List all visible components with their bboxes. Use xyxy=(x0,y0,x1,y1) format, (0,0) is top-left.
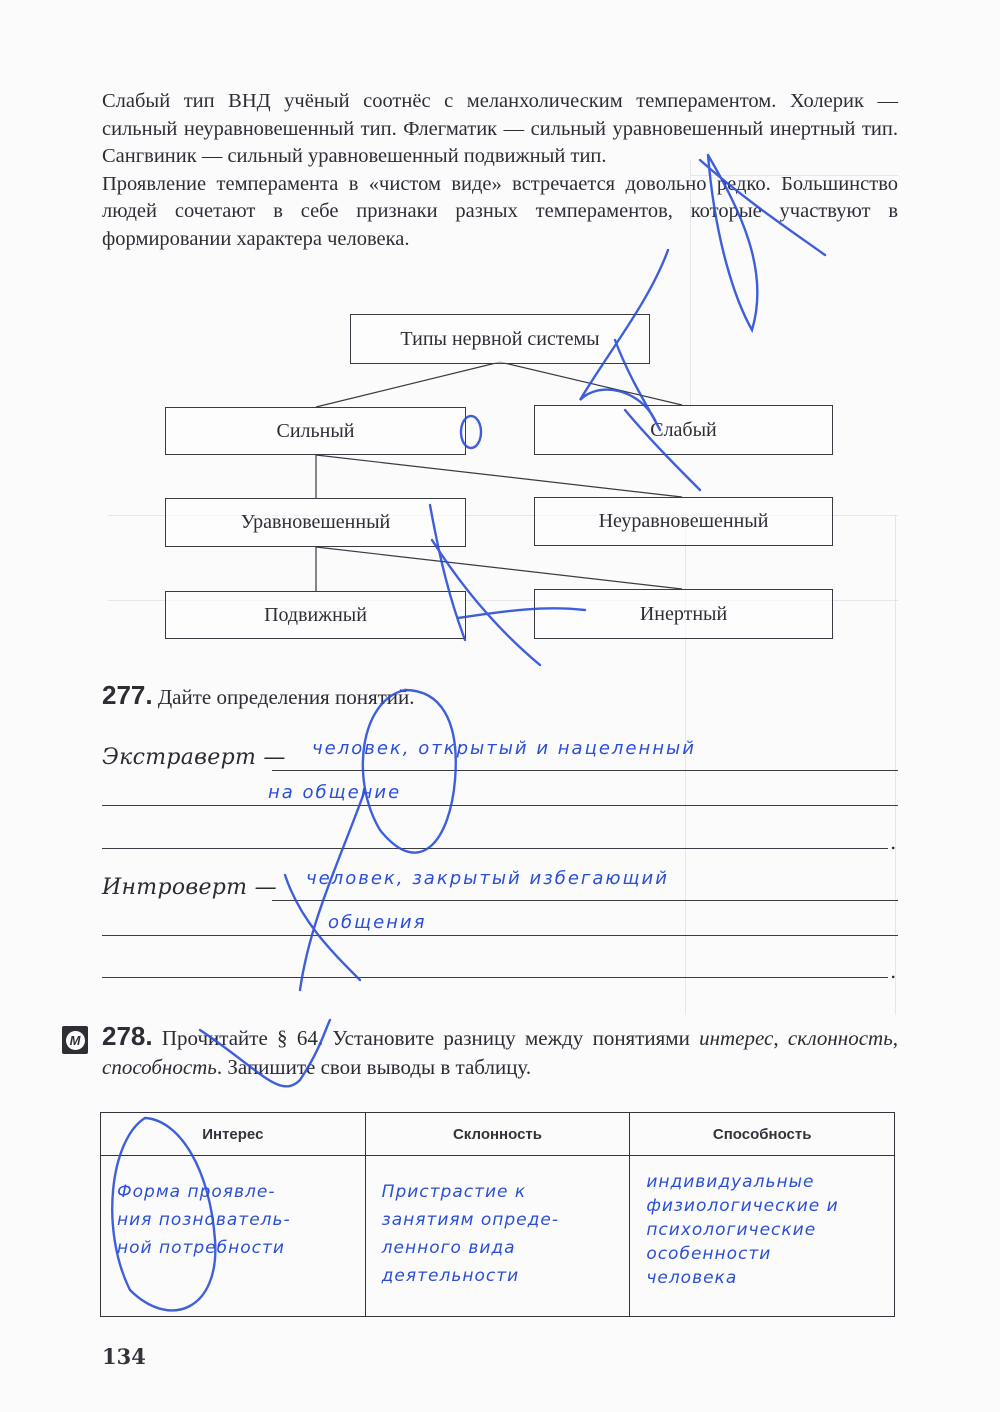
cell-inclination[interactable]: Пристрастие к занятиям опреде- ленного в… xyxy=(365,1156,630,1317)
cell-line: ной потребности xyxy=(117,1234,351,1262)
diagram-strong-label: Сильный xyxy=(277,420,355,443)
task-277-heading: 277. Дайте определения понятий. xyxy=(102,680,415,711)
diagram-inert: Инертный xyxy=(534,589,833,639)
term-interest: интерес xyxy=(699,1026,773,1050)
answer-introvert-line1[interactable]: человек, закрытый избегающий xyxy=(306,868,669,889)
period: . xyxy=(890,959,896,983)
diagram-strong: Сильный xyxy=(165,407,466,455)
task-278-number: 278. xyxy=(102,1021,153,1051)
cell-line: ленного вида xyxy=(382,1234,616,1262)
task-278-text: 278. Прочитайте § 64. Установите разницу… xyxy=(102,1022,898,1081)
task-278-prompt-part1: Прочитайте § 64. Установите разницу межд… xyxy=(162,1026,699,1050)
term-inclination: склонность xyxy=(788,1026,893,1050)
header-interest: Интерес xyxy=(101,1113,366,1156)
separator: , xyxy=(893,1026,898,1050)
period: . xyxy=(890,830,896,854)
answer-extravert-line2[interactable]: на общение xyxy=(268,782,401,803)
header-inclination: Склонность xyxy=(365,1113,630,1156)
diagram-root-label: Типы нервной системы xyxy=(400,328,599,351)
workbook-page: Слабый тип ВНД учёный соотнёс с меланхол… xyxy=(0,0,1000,1412)
diagram-weak-label: Слабый xyxy=(650,419,717,442)
diagram-root: Типы нервной системы xyxy=(350,314,650,364)
term-extravert: Экстраверт — xyxy=(102,745,286,770)
cell-interest[interactable]: Форма проявле- ния познователь- ной потр… xyxy=(101,1156,366,1317)
task-278: М 278. Прочитайте § 64. Установите разни… xyxy=(62,1022,898,1081)
cell-line: особенности xyxy=(646,1242,880,1266)
answer-line[interactable] xyxy=(102,977,888,978)
answer-line[interactable] xyxy=(102,935,898,936)
cell-ability[interactable]: индивидуальные физиологические и психоло… xyxy=(630,1156,895,1317)
task-278-prompt-part2: . Запишите свои выводы в таблицу. xyxy=(217,1055,531,1079)
answer-extravert-line1[interactable]: человек, открытый и нацеленный xyxy=(312,738,696,759)
cell-line: деятельности xyxy=(382,1262,616,1290)
answers-table: Интерес Склонность Способность Форма про… xyxy=(100,1112,895,1317)
m-badge-icon: М xyxy=(62,1026,88,1054)
diagram-inert-label: Инертный xyxy=(640,603,727,626)
cell-line: ния познователь- xyxy=(117,1206,351,1234)
diagram-unbalanced-label: Неуравновешенный xyxy=(599,510,769,533)
table-row: Форма проявле- ния познователь- ной потр… xyxy=(101,1156,895,1317)
diagram-weak: Слабый xyxy=(534,405,833,455)
diagram-balanced-label: Уравновешенный xyxy=(241,511,390,534)
diagram-mobile: Подвижный xyxy=(165,591,466,639)
m-badge-letter: М xyxy=(66,1031,85,1050)
answer-introvert-line2[interactable]: общения xyxy=(328,912,426,933)
answer-line[interactable] xyxy=(102,805,898,806)
cell-line: Форма проявле- xyxy=(117,1178,351,1206)
cell-line: человека xyxy=(646,1266,880,1290)
term-introvert: Интроверт — xyxy=(102,875,277,900)
cell-line: психологические xyxy=(646,1218,880,1242)
header-ability: Способность xyxy=(630,1113,895,1156)
cell-line: физиологические и xyxy=(646,1194,880,1218)
term-ability: способность xyxy=(102,1055,217,1079)
diagram-mobile-label: Подвижный xyxy=(264,604,367,627)
separator: , xyxy=(773,1026,788,1050)
page-number: 134 xyxy=(102,1344,146,1369)
answer-line[interactable] xyxy=(102,848,888,849)
answer-line[interactable] xyxy=(272,770,898,771)
task-277-number: 277. xyxy=(102,680,153,710)
task-277-prompt: Дайте определения понятий. xyxy=(158,685,415,709)
cell-line: индивидуальные xyxy=(646,1170,880,1194)
diagram-balanced: Уравновешенный xyxy=(165,498,466,547)
table-header-row: Интерес Склонность Способность xyxy=(101,1113,895,1156)
diagram-unbalanced: Неуравновешенный xyxy=(534,497,833,546)
cell-line: занятиям опреде- xyxy=(382,1206,616,1234)
answer-line[interactable] xyxy=(272,900,898,901)
cell-line: Пристрастие к xyxy=(382,1178,616,1206)
